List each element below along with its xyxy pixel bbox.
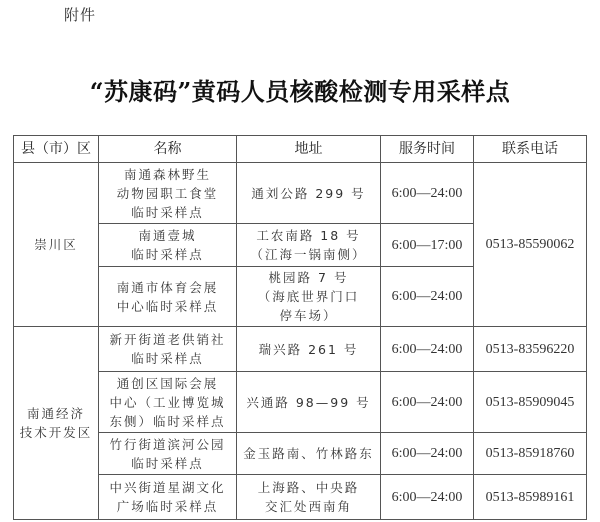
hours-cell: 6:00—24:00 bbox=[381, 433, 474, 475]
site-name-cell: 竹行街道滨河公园 临时采样点 bbox=[99, 433, 237, 475]
address-cell: 金玉路南、竹林路东 bbox=[237, 433, 381, 475]
site-name-cell: 通创区国际会展 中心（工业博览城 东侧）临时采样点 bbox=[99, 372, 237, 433]
hours-cell: 6:00—24:00 bbox=[381, 372, 474, 433]
phone-cell: 0513-85918760 bbox=[474, 433, 587, 475]
sampling-sites-table: 县（市）区 名称 地址 服务时间 联系电话 崇川区 南通森林野生 动物园职工食堂… bbox=[13, 135, 587, 520]
site-name-cell: 南通森林野生 动物园职工食堂 临时采样点 bbox=[99, 163, 237, 224]
address-cell: 工农南路 18 号 （江海一锅南侧） bbox=[237, 224, 381, 267]
phone-cell: 0513-85590062 bbox=[474, 163, 587, 327]
table-row: 崇川区 南通森林野生 动物园职工食堂 临时采样点 通刘公路 299 号 6:00… bbox=[14, 163, 587, 224]
address-cell: 桃园路 7 号 （海底世界门口 停车场） bbox=[237, 267, 381, 327]
site-name-cell: 新开街道老供销社 临时采样点 bbox=[99, 327, 237, 372]
table-header-row: 县（市）区 名称 地址 服务时间 联系电话 bbox=[14, 136, 587, 163]
table-row: 南通经济 技术开发区 新开街道老供销社 临时采样点 瑞兴路 261 号 6:00… bbox=[14, 327, 587, 372]
header-address: 地址 bbox=[237, 136, 381, 163]
attachment-label: 附件 bbox=[64, 4, 96, 25]
address-cell: 通刘公路 299 号 bbox=[237, 163, 381, 224]
address-cell: 上海路、中央路 交汇处西南角 bbox=[237, 475, 381, 520]
phone-cell: 0513-83596220 bbox=[474, 327, 587, 372]
document-title: “苏康码”黄码人员核酸检测专用采样点 bbox=[0, 72, 600, 107]
site-name-cell: 南通市体育会展 中心临时采样点 bbox=[99, 267, 237, 327]
phone-cell: 0513-85909045 bbox=[474, 372, 587, 433]
hours-cell: 6:00—24:00 bbox=[381, 327, 474, 372]
district-cell: 南通经济 技术开发区 bbox=[14, 327, 99, 520]
district-cell: 崇川区 bbox=[14, 163, 99, 327]
phone-cell: 0513-85989161 bbox=[474, 475, 587, 520]
site-name-cell: 南通壹城 临时采样点 bbox=[99, 224, 237, 267]
header-hours: 服务时间 bbox=[381, 136, 474, 163]
table-row: 中兴街道星湖文化 广场临时采样点 上海路、中央路 交汇处西南角 6:00—24:… bbox=[14, 475, 587, 520]
hours-cell: 6:00—17:00 bbox=[381, 224, 474, 267]
header-district: 县（市）区 bbox=[14, 136, 99, 163]
hours-cell: 6:00—24:00 bbox=[381, 163, 474, 224]
hours-cell: 6:00—24:00 bbox=[381, 475, 474, 520]
table-row: 通创区国际会展 中心（工业博览城 东侧）临时采样点 兴通路 98—99 号 6:… bbox=[14, 372, 587, 433]
address-cell: 兴通路 98—99 号 bbox=[237, 372, 381, 433]
header-phone: 联系电话 bbox=[474, 136, 587, 163]
table-row: 竹行街道滨河公园 临时采样点 金玉路南、竹林路东 6:00—24:00 0513… bbox=[14, 433, 587, 475]
address-cell: 瑞兴路 261 号 bbox=[237, 327, 381, 372]
site-name-cell: 中兴街道星湖文化 广场临时采样点 bbox=[99, 475, 237, 520]
header-name: 名称 bbox=[99, 136, 237, 163]
hours-cell: 6:00—24:00 bbox=[381, 267, 474, 327]
